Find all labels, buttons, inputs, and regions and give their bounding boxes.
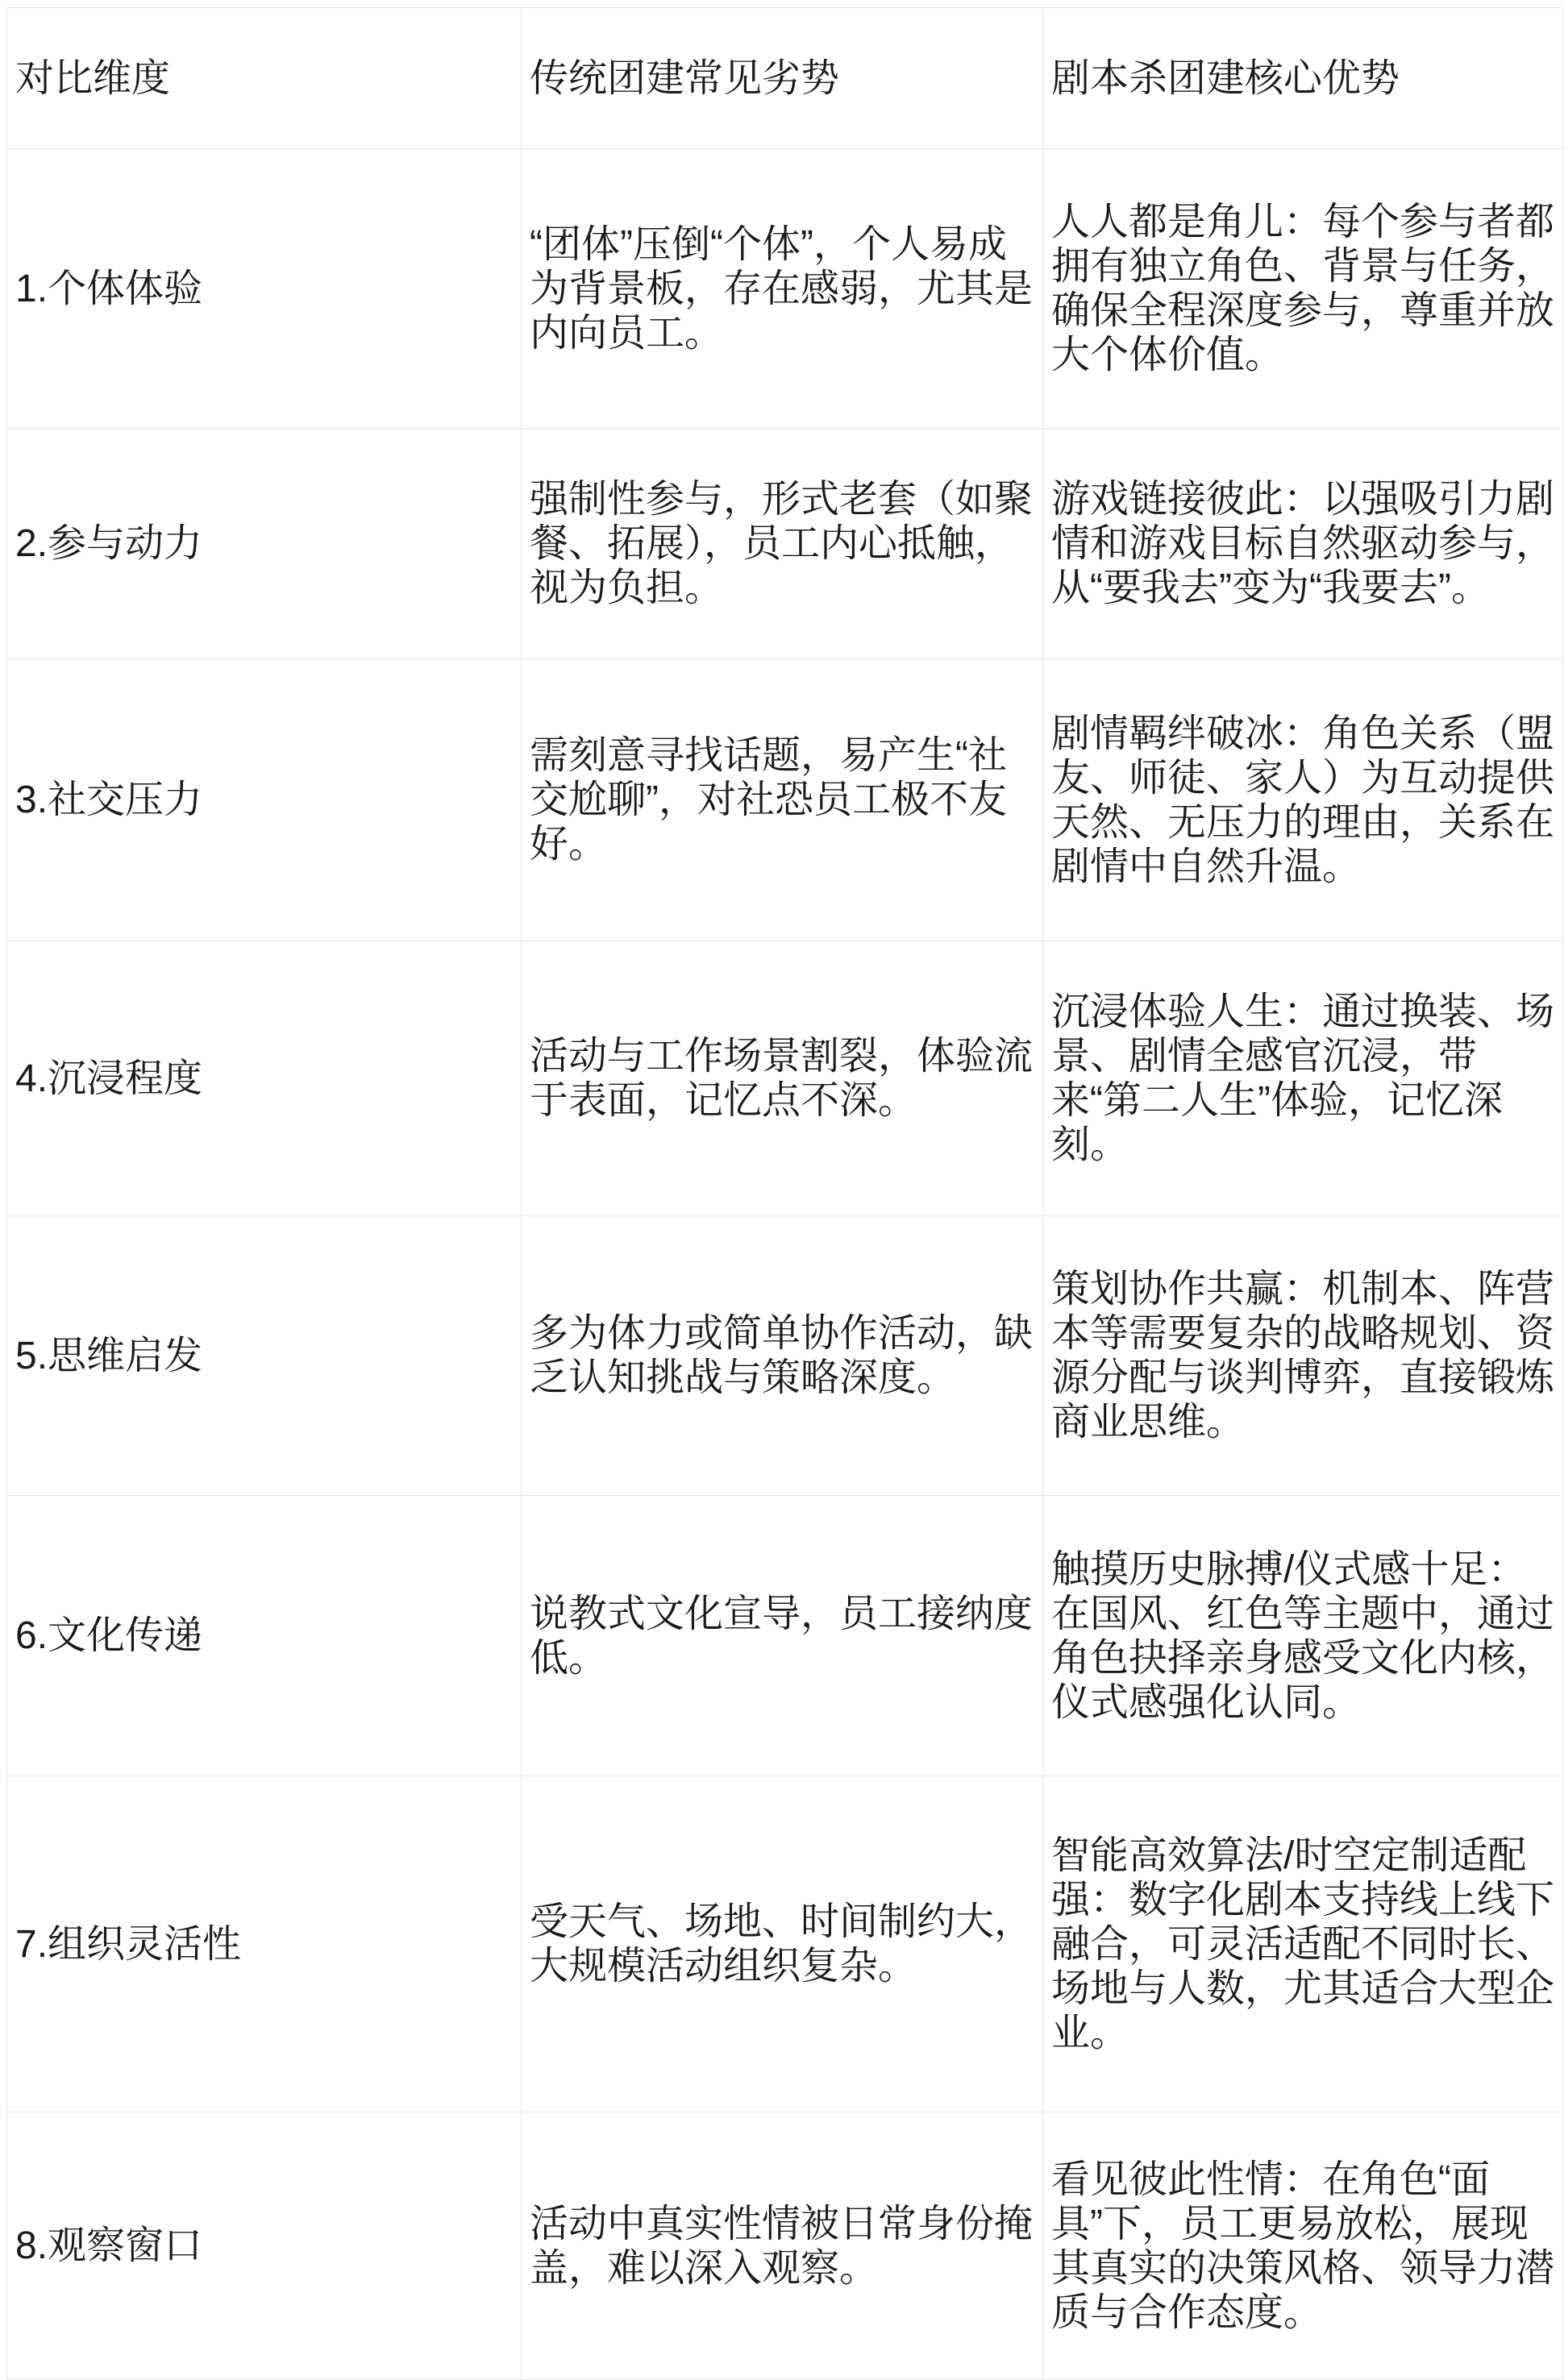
cell-traditional: 说教式文化宣导，员工接纳度低。	[522, 1496, 1043, 1776]
cell-dimension: 2.参与动力	[7, 429, 522, 659]
cell-dimension: 6.文化传递	[7, 1496, 522, 1776]
table-row: 6.文化传递 说教式文化宣导，员工接纳度低。 触摸历史脉搏/仪式感十足：在国风、…	[7, 1496, 1563, 1776]
cell-script-advantage: 智能高效算法/时空定制适配强：数字化剧本支持线上线下融合，可灵活适配不同时长、场…	[1043, 1776, 1563, 2112]
cell-dimension: 4.沉浸程度	[7, 941, 522, 1216]
table-row: 3.社交压力 需刻意寻找话题，易产生“社交尬聊”，对社恐员工极不友好。 剧情羁绊…	[7, 659, 1563, 941]
cell-dimension: 3.社交压力	[7, 659, 522, 941]
cell-traditional: 活动中真实性情被日常身份掩盖，难以深入观察。	[522, 2112, 1043, 2380]
cell-dimension: 1.个体体验	[7, 149, 522, 429]
cell-dimension: 5.思维启发	[7, 1216, 522, 1496]
cell-traditional: 强制性参与，形式老套（如聚餐、拓展），员工内心抵触，视为负担。	[522, 429, 1043, 659]
table-row: 2.参与动力 强制性参与，形式老套（如聚餐、拓展），员工内心抵触，视为负担。 游…	[7, 429, 1563, 659]
cell-script-advantage: 沉浸体验人生：通过换装、场景、剧情全感官沉浸，带来“第二人生”体验，记忆深刻。	[1043, 941, 1563, 1216]
cell-dimension: 8.观察窗口	[7, 2112, 522, 2380]
table-row: 4.沉浸程度 活动与工作场景割裂，体验流于表面，记忆点不深。 沉浸体验人生：通过…	[7, 941, 1563, 1216]
table-row: 1.个体体验 “团体”压倒“个体”，个人易成为背景板，存在感弱，尤其是内向员工。…	[7, 149, 1563, 429]
table-row: 7.组织灵活性 受天气、场地、时间制约大，大规模活动组织复杂。 智能高效算法/时…	[7, 1776, 1563, 2112]
header-cell-dimension: 对比维度	[7, 8, 522, 149]
cell-script-advantage: 游戏链接彼此：以强吸引力剧情和游戏目标自然驱动参与，从“要我去”变为“我要去”。	[1043, 429, 1563, 659]
cell-script-advantage: 看见彼此性情：在角色“面具”下，员工更易放松，展现其真实的决策风格、领导力潜质与…	[1043, 2112, 1563, 2380]
header-cell-script-advantage: 剧本杀团建核心优势	[1043, 8, 1563, 149]
table-row: 5.思维启发 多为体力或简单协作活动，缺乏认知挑战与策略深度。 策划协作共赢：机…	[7, 1216, 1563, 1496]
cell-traditional: 需刻意寻找话题，易产生“社交尬聊”，对社恐员工极不友好。	[522, 659, 1043, 941]
cell-traditional: 多为体力或简单协作活动，缺乏认知挑战与策略深度。	[522, 1216, 1043, 1496]
cell-traditional: 活动与工作场景割裂，体验流于表面，记忆点不深。	[522, 941, 1043, 1216]
cell-script-advantage: 策划协作共赢：机制本、阵营本等需要复杂的战略规划、资源分配与谈判博弈，直接锻炼商…	[1043, 1216, 1563, 1496]
cell-script-advantage: 人人都是角儿：每个参与者都拥有独立角色、背景与任务，确保全程深度参与，尊重并放大…	[1043, 149, 1563, 429]
header-cell-traditional: 传统团建常见劣势	[522, 8, 1043, 149]
cell-script-advantage: 剧情羁绊破冰：角色关系（盟友、师徒、家人）为互动提供天然、无压力的理由，关系在剧…	[1043, 659, 1563, 941]
cell-dimension: 7.组织灵活性	[7, 1776, 522, 2112]
cell-traditional: 受天气、场地、时间制约大，大规模活动组织复杂。	[522, 1776, 1043, 2112]
comparison-table: 对比维度 传统团建常见劣势 剧本杀团建核心优势 1.个体体验 “团体”压倒“个体…	[6, 7, 1563, 2380]
table-row: 8.观察窗口 活动中真实性情被日常身份掩盖，难以深入观察。 看见彼此性情：在角色…	[7, 2112, 1563, 2380]
cell-traditional: “团体”压倒“个体”，个人易成为背景板，存在感弱，尤其是内向员工。	[522, 149, 1043, 429]
table-header-row: 对比维度 传统团建常见劣势 剧本杀团建核心优势	[7, 8, 1563, 149]
cell-script-advantage: 触摸历史脉搏/仪式感十足：在国风、红色等主题中，通过角色抉择亲身感受文化内核，仪…	[1043, 1496, 1563, 1776]
